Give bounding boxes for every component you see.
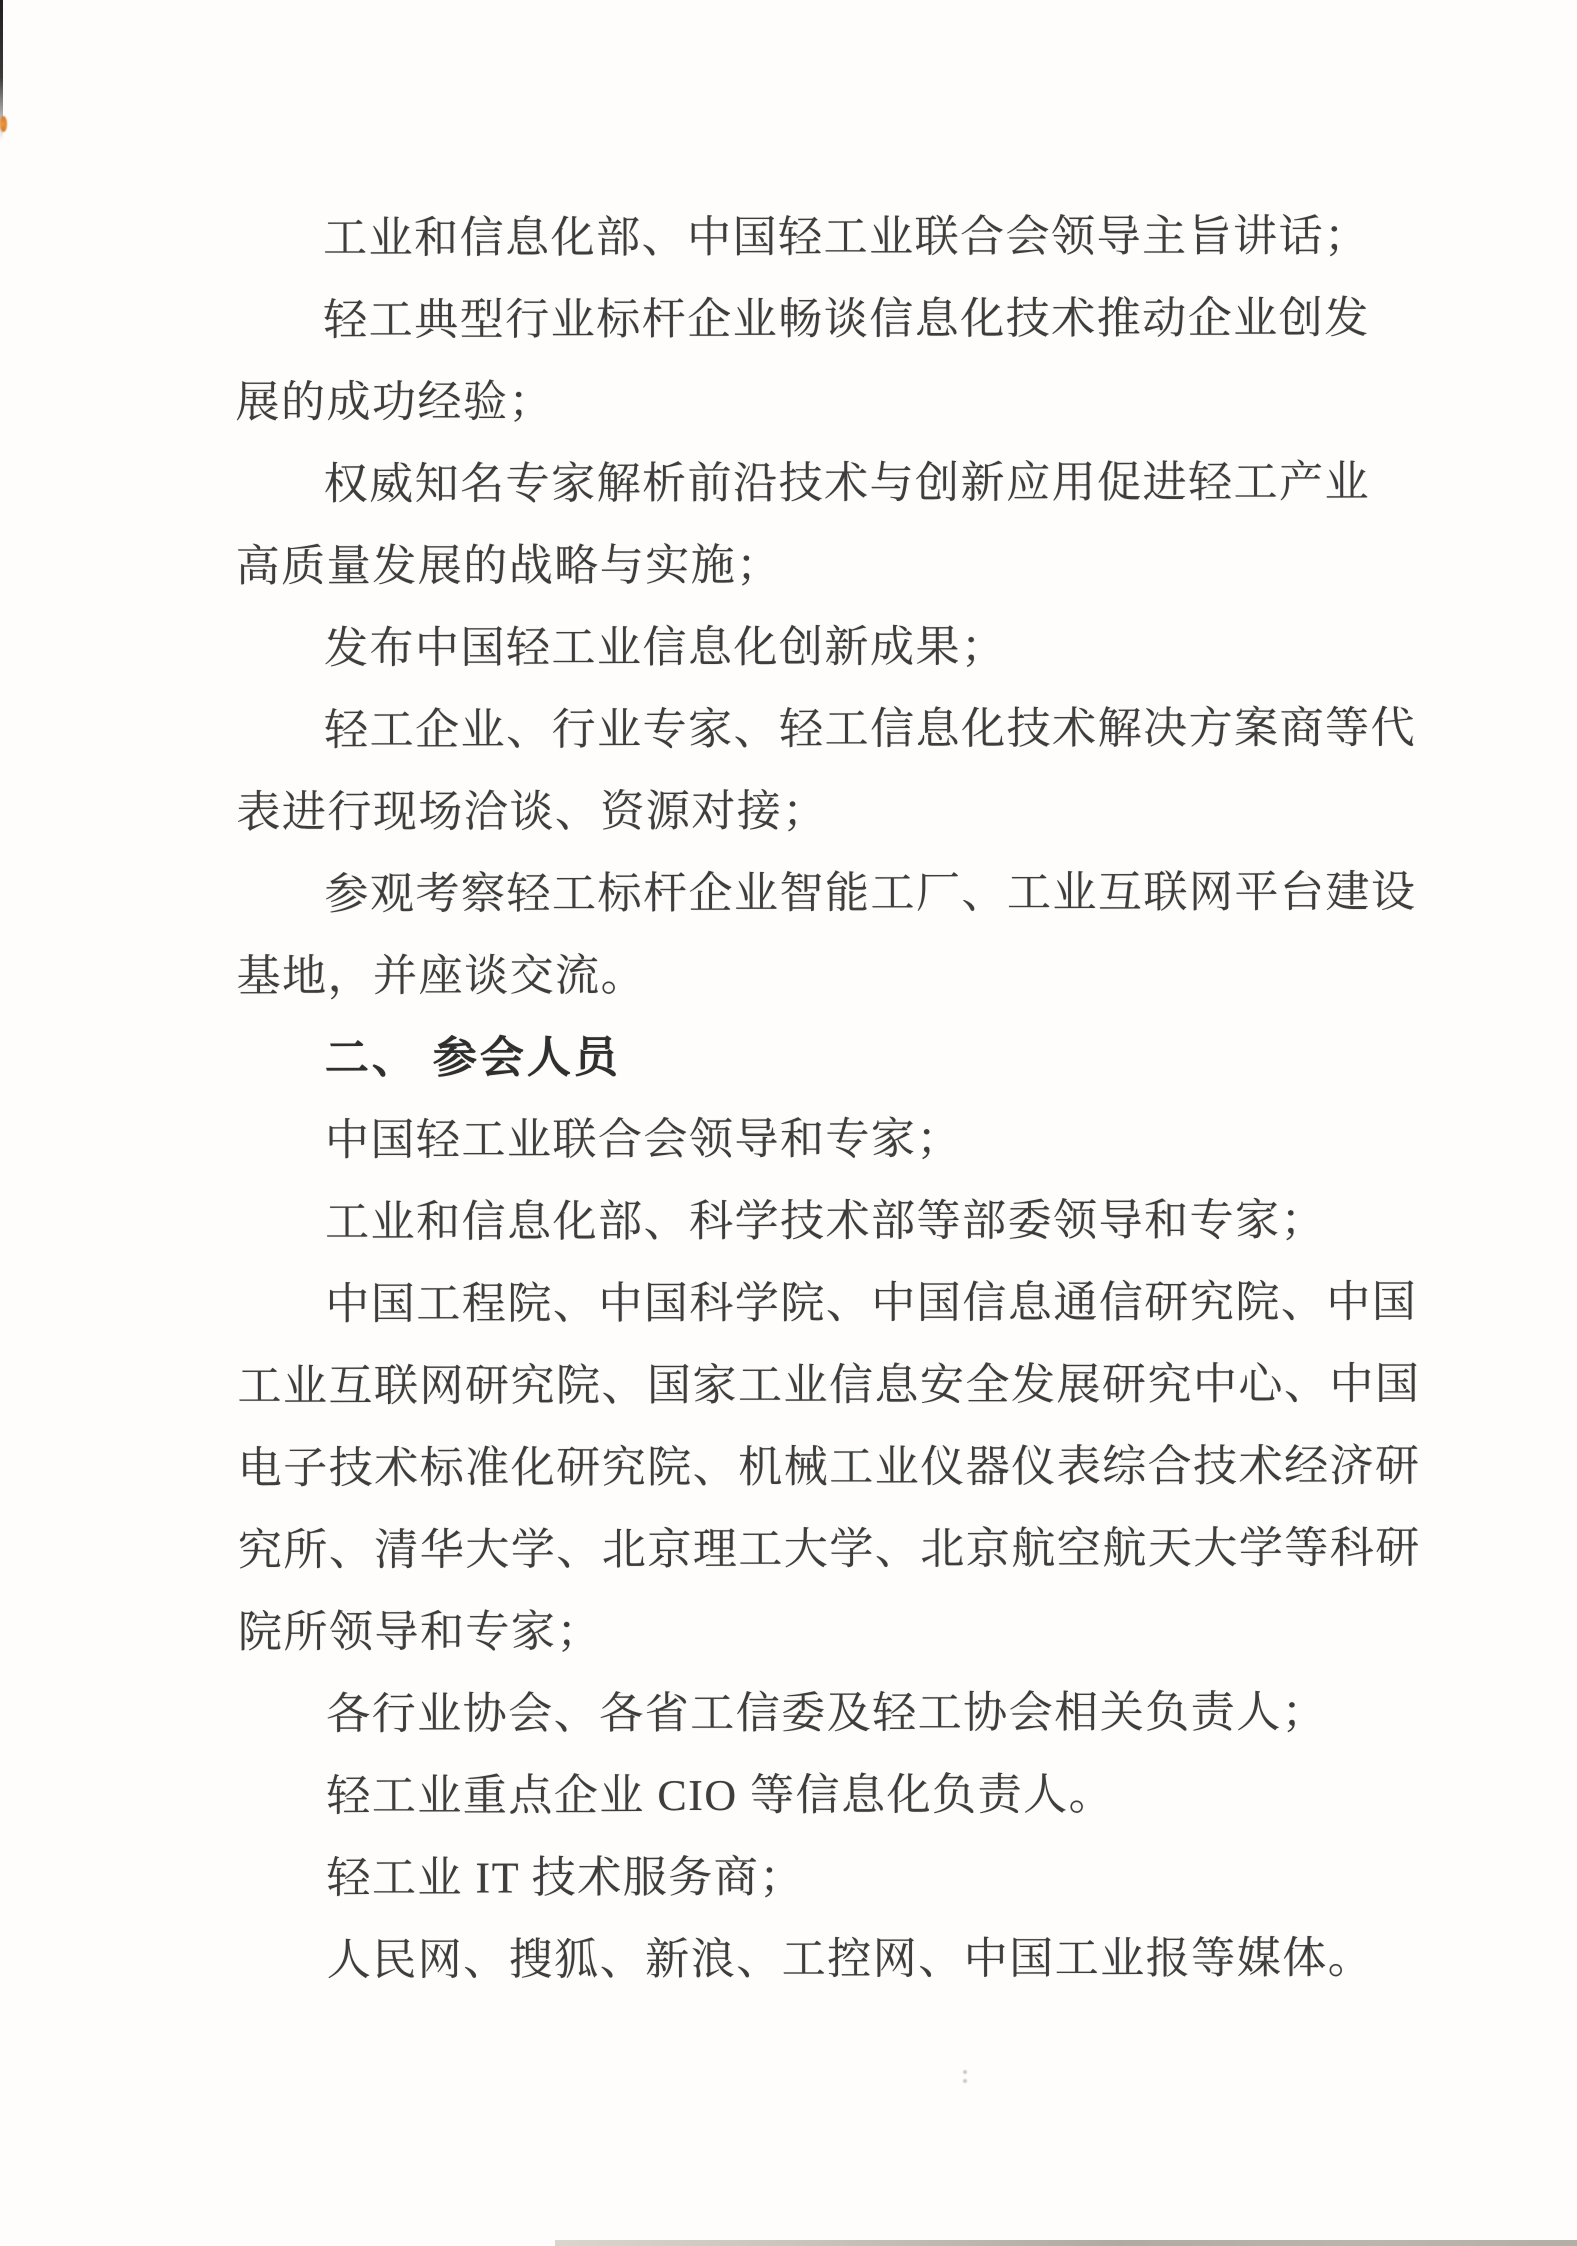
text-line: 轻工业 IT 技术服务商； bbox=[238, 1836, 1428, 1920]
section-heading: 二、 参会人员 bbox=[237, 1016, 1427, 1100]
text-line: 发布中国轻工业信息化创新成果； bbox=[236, 606, 1426, 690]
text-line: 中国轻工业联合会领导和专家； bbox=[237, 1098, 1427, 1182]
scan-edge-artifact-bottom bbox=[555, 2240, 1577, 2246]
text-line: 电子技术标准化研究院、机械工业仪器仪表综合技术经济研 bbox=[238, 1426, 1428, 1510]
text-line: 工业和信息化部、科学技术部等部委领导和专家； bbox=[237, 1180, 1427, 1264]
scan-speck-orange bbox=[0, 116, 7, 132]
text-line: 工业互联网研究院、国家工业信息安全发展研究中心、中国 bbox=[237, 1344, 1427, 1428]
text-line: 参观考察轻工标杆企业智能工厂、工业互联网平台建设 bbox=[236, 852, 1426, 936]
text-line: 究所、清华大学、北京理工大学、北京航空航天大学等科研 bbox=[238, 1508, 1428, 1592]
text-line: 院所领导和专家； bbox=[238, 1590, 1428, 1674]
text-line: 轻工企业、行业专家、轻工信息化技术解决方案商等代 bbox=[236, 688, 1426, 772]
text-line: 各行业协会、各省工信委及轻工协会相关负责人； bbox=[238, 1672, 1428, 1756]
text-line: 工业和信息化部、中国轻工业联合会领导主旨讲话； bbox=[235, 196, 1425, 280]
scan-speck-gray bbox=[963, 2070, 967, 2074]
scanned-document-page: 工业和信息化部、中国轻工业联合会领导主旨讲话；轻工典型行业标杆企业畅谈信息化技术… bbox=[0, 0, 1577, 2246]
text-line: 轻工业重点企业 CIO 等信息化负责人。 bbox=[238, 1754, 1428, 1838]
text-line: 中国工程院、中国科学院、中国信息通信研究院、中国 bbox=[237, 1262, 1427, 1346]
text-line: 高质量发展的战略与实施； bbox=[236, 524, 1426, 608]
text-line: 表进行现场洽谈、资源对接； bbox=[236, 770, 1426, 854]
text-line: 人民网、搜狐、新浪、工控网、中国工业报等媒体。 bbox=[239, 1918, 1429, 2002]
document-text-block: 工业和信息化部、中国轻工业联合会领导主旨讲话；轻工典型行业标杆企业畅谈信息化技术… bbox=[235, 196, 1429, 2002]
text-line: 基地，并座谈交流。 bbox=[237, 934, 1427, 1018]
text-line: 轻工典型行业标杆企业畅谈信息化技术推动企业创发 bbox=[235, 278, 1425, 362]
text-line: 展的成功经验； bbox=[235, 360, 1425, 444]
text-line: 权威知名专家解析前沿技术与创新应用促进轻工产业 bbox=[236, 442, 1426, 526]
